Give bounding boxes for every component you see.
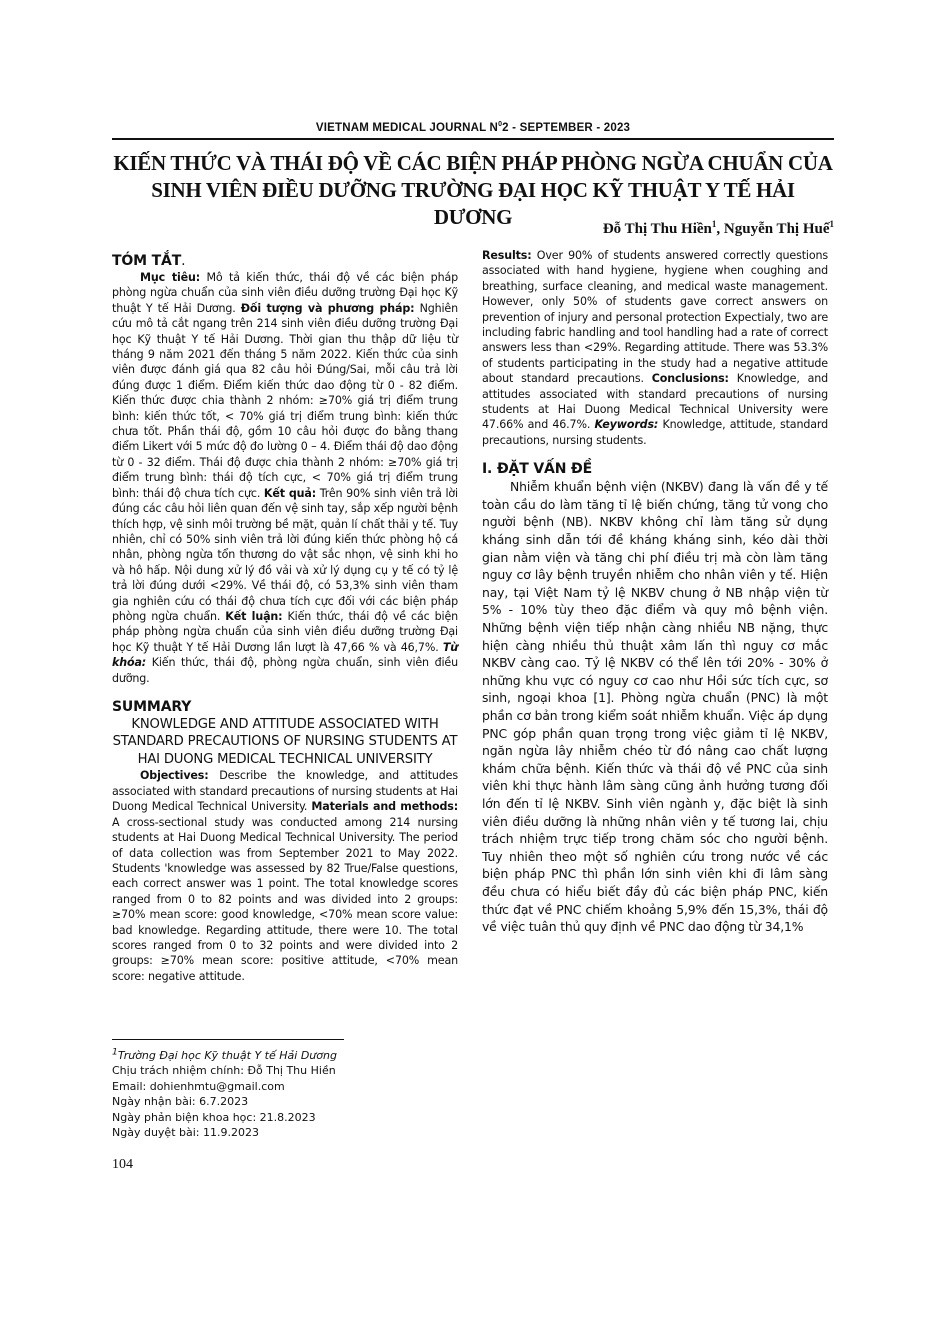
footnote-received: Ngày nhận bài: 6.7.2023 [112, 1094, 458, 1110]
abstract-vi-heading: TÓM TẮT. [112, 252, 458, 270]
footnote-affiliation: 1Trường Đại học Kỹ thuật Y tế Hải Dương [112, 1044, 458, 1063]
keywords-label-en: Keywords: [594, 418, 658, 431]
author-name: Đỗ Thị Thu Hiền [603, 221, 712, 237]
methods-label: Đối tượng và phương pháp: [241, 302, 415, 315]
header-rule [112, 138, 834, 140]
footnote-email[interactable]: Email: dohienhmtu@gmail.com [112, 1079, 458, 1095]
journal-issue: 2 - SEPTEMBER - 2023 [502, 122, 630, 134]
materials-methods-label: Materials and methods: [311, 800, 458, 813]
right-column: Results: Over 90% of students answered c… [482, 248, 828, 936]
footnote-reviewed: Ngày phản biện khoa học: 21.8.2023 [112, 1110, 458, 1126]
conclusion-label: Kết luận: [225, 610, 282, 623]
footnote-accepted: Ngày duyệt bài: 11.9.2023 [112, 1125, 458, 1141]
footnotes: 1Trường Đại học Kỹ thuật Y tế Hải Dương … [112, 1044, 458, 1141]
author-name: Nguyễn Thị Huế [724, 221, 830, 237]
left-column: TÓM TẮT. Mục tiêu: Mô tả kiến thức, thái… [112, 252, 458, 984]
conclusions-label-en: Conclusions: [652, 372, 729, 385]
summary-title: KNOWLEDGE AND ATTITUDE ASSOCIATED WITH S… [112, 716, 458, 769]
abstract-vi-body: Mục tiêu: Mô tả kiến thức, thái độ về cá… [112, 270, 458, 686]
page-number: 104 [112, 1157, 133, 1173]
abstract-en-body-part2: Results: Over 90% of students answered c… [482, 248, 828, 448]
author-affiliation: 1 [830, 219, 835, 229]
results-label: Kết quả: [264, 487, 316, 500]
section-1-body: Nhiễm khuẩn bệnh viện (NKBV) đang là vấn… [482, 478, 828, 935]
objectives-label: Objectives: [140, 769, 209, 782]
summary-heading: SUMMARY [112, 698, 458, 716]
section-1-heading: I. ĐẶT VẤN ĐỀ [482, 460, 828, 478]
journal-name: VIETNAM MEDICAL JOURNAL N [316, 122, 498, 134]
title-line-1: KIẾN THỨC VÀ THÁI ĐỘ VỀ CÁC BIỆN PHÁP PH… [112, 150, 834, 177]
journal-page: VIETNAM MEDICAL JOURNAL N02 - SEPTEMBER … [0, 0, 942, 1333]
footnote-rule [112, 1039, 344, 1040]
objective-label: Mục tiêu: [140, 271, 200, 284]
author-separator: , [716, 221, 724, 237]
abstract-en-body-part1: Objectives: Describe the knowledge, and … [112, 768, 458, 984]
footnote-corresponding: Chịu trách nhiệm chính: Đỗ Thị Thu Hiền [112, 1063, 458, 1079]
author-list: Đỗ Thị Thu Hiền1, Nguyễn Thị Huế1 [603, 219, 834, 238]
results-label-en: Results: [482, 249, 532, 262]
journal-running-header: VIETNAM MEDICAL JOURNAL N02 - SEPTEMBER … [112, 121, 834, 134]
